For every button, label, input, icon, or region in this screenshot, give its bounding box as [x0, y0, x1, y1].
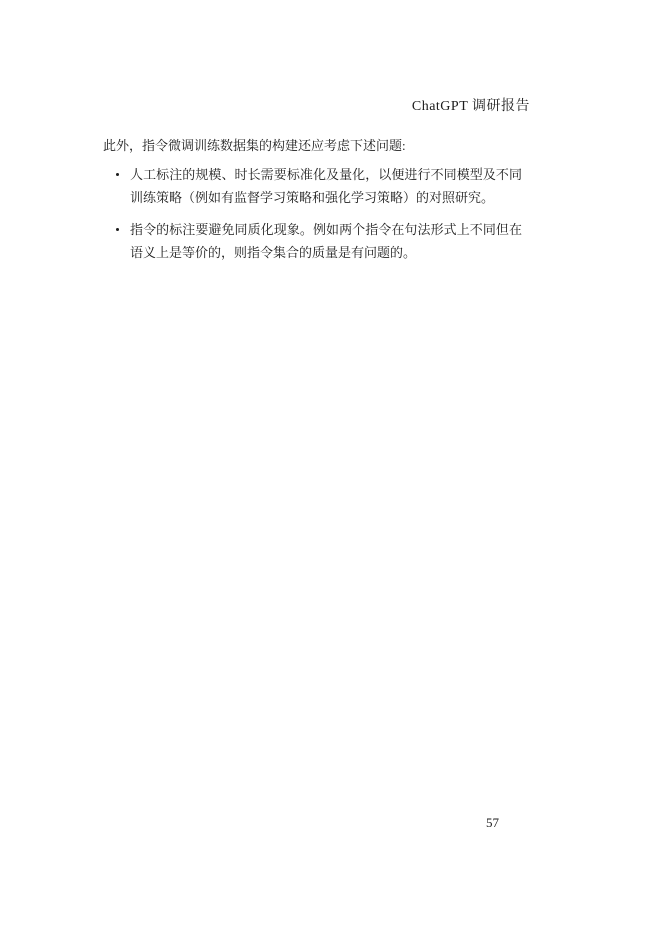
- bullet-item: 指令的标注要避免同质化现象。例如两个指令在句法形式上不同但在语义上是等价的，则指…: [103, 218, 523, 264]
- document-page: ChatGPT 调研报告 此外，指令微调训练数据集的构建还应考虑下述问题: 人工…: [0, 0, 660, 934]
- bullet-dot-icon: [116, 228, 119, 231]
- page-content: 此外，指令微调训练数据集的构建还应考虑下述问题: 人工标注的规模、时长需要标准化…: [103, 134, 523, 273]
- bullet-text: 人工标注的规模、时长需要标准化及量化，以便进行不同模型及不同训练策略（例如有监督…: [130, 163, 522, 209]
- page-header: ChatGPT 调研报告: [412, 100, 530, 114]
- bullet-item: 人工标注的规模、时长需要标准化及量化，以便进行不同模型及不同训练策略（例如有监督…: [103, 163, 523, 209]
- bullet-dot-icon: [116, 173, 119, 176]
- bullet-text: 指令的标注要避免同质化现象。例如两个指令在句法形式上不同但在语义上是等价的，则指…: [130, 218, 522, 264]
- page-number: 57: [486, 816, 499, 829]
- intro-paragraph: 此外，指令微调训练数据集的构建还应考虑下述问题:: [103, 134, 523, 157]
- bullet-list: 人工标注的规模、时长需要标准化及量化，以便进行不同模型及不同训练策略（例如有监督…: [103, 163, 523, 264]
